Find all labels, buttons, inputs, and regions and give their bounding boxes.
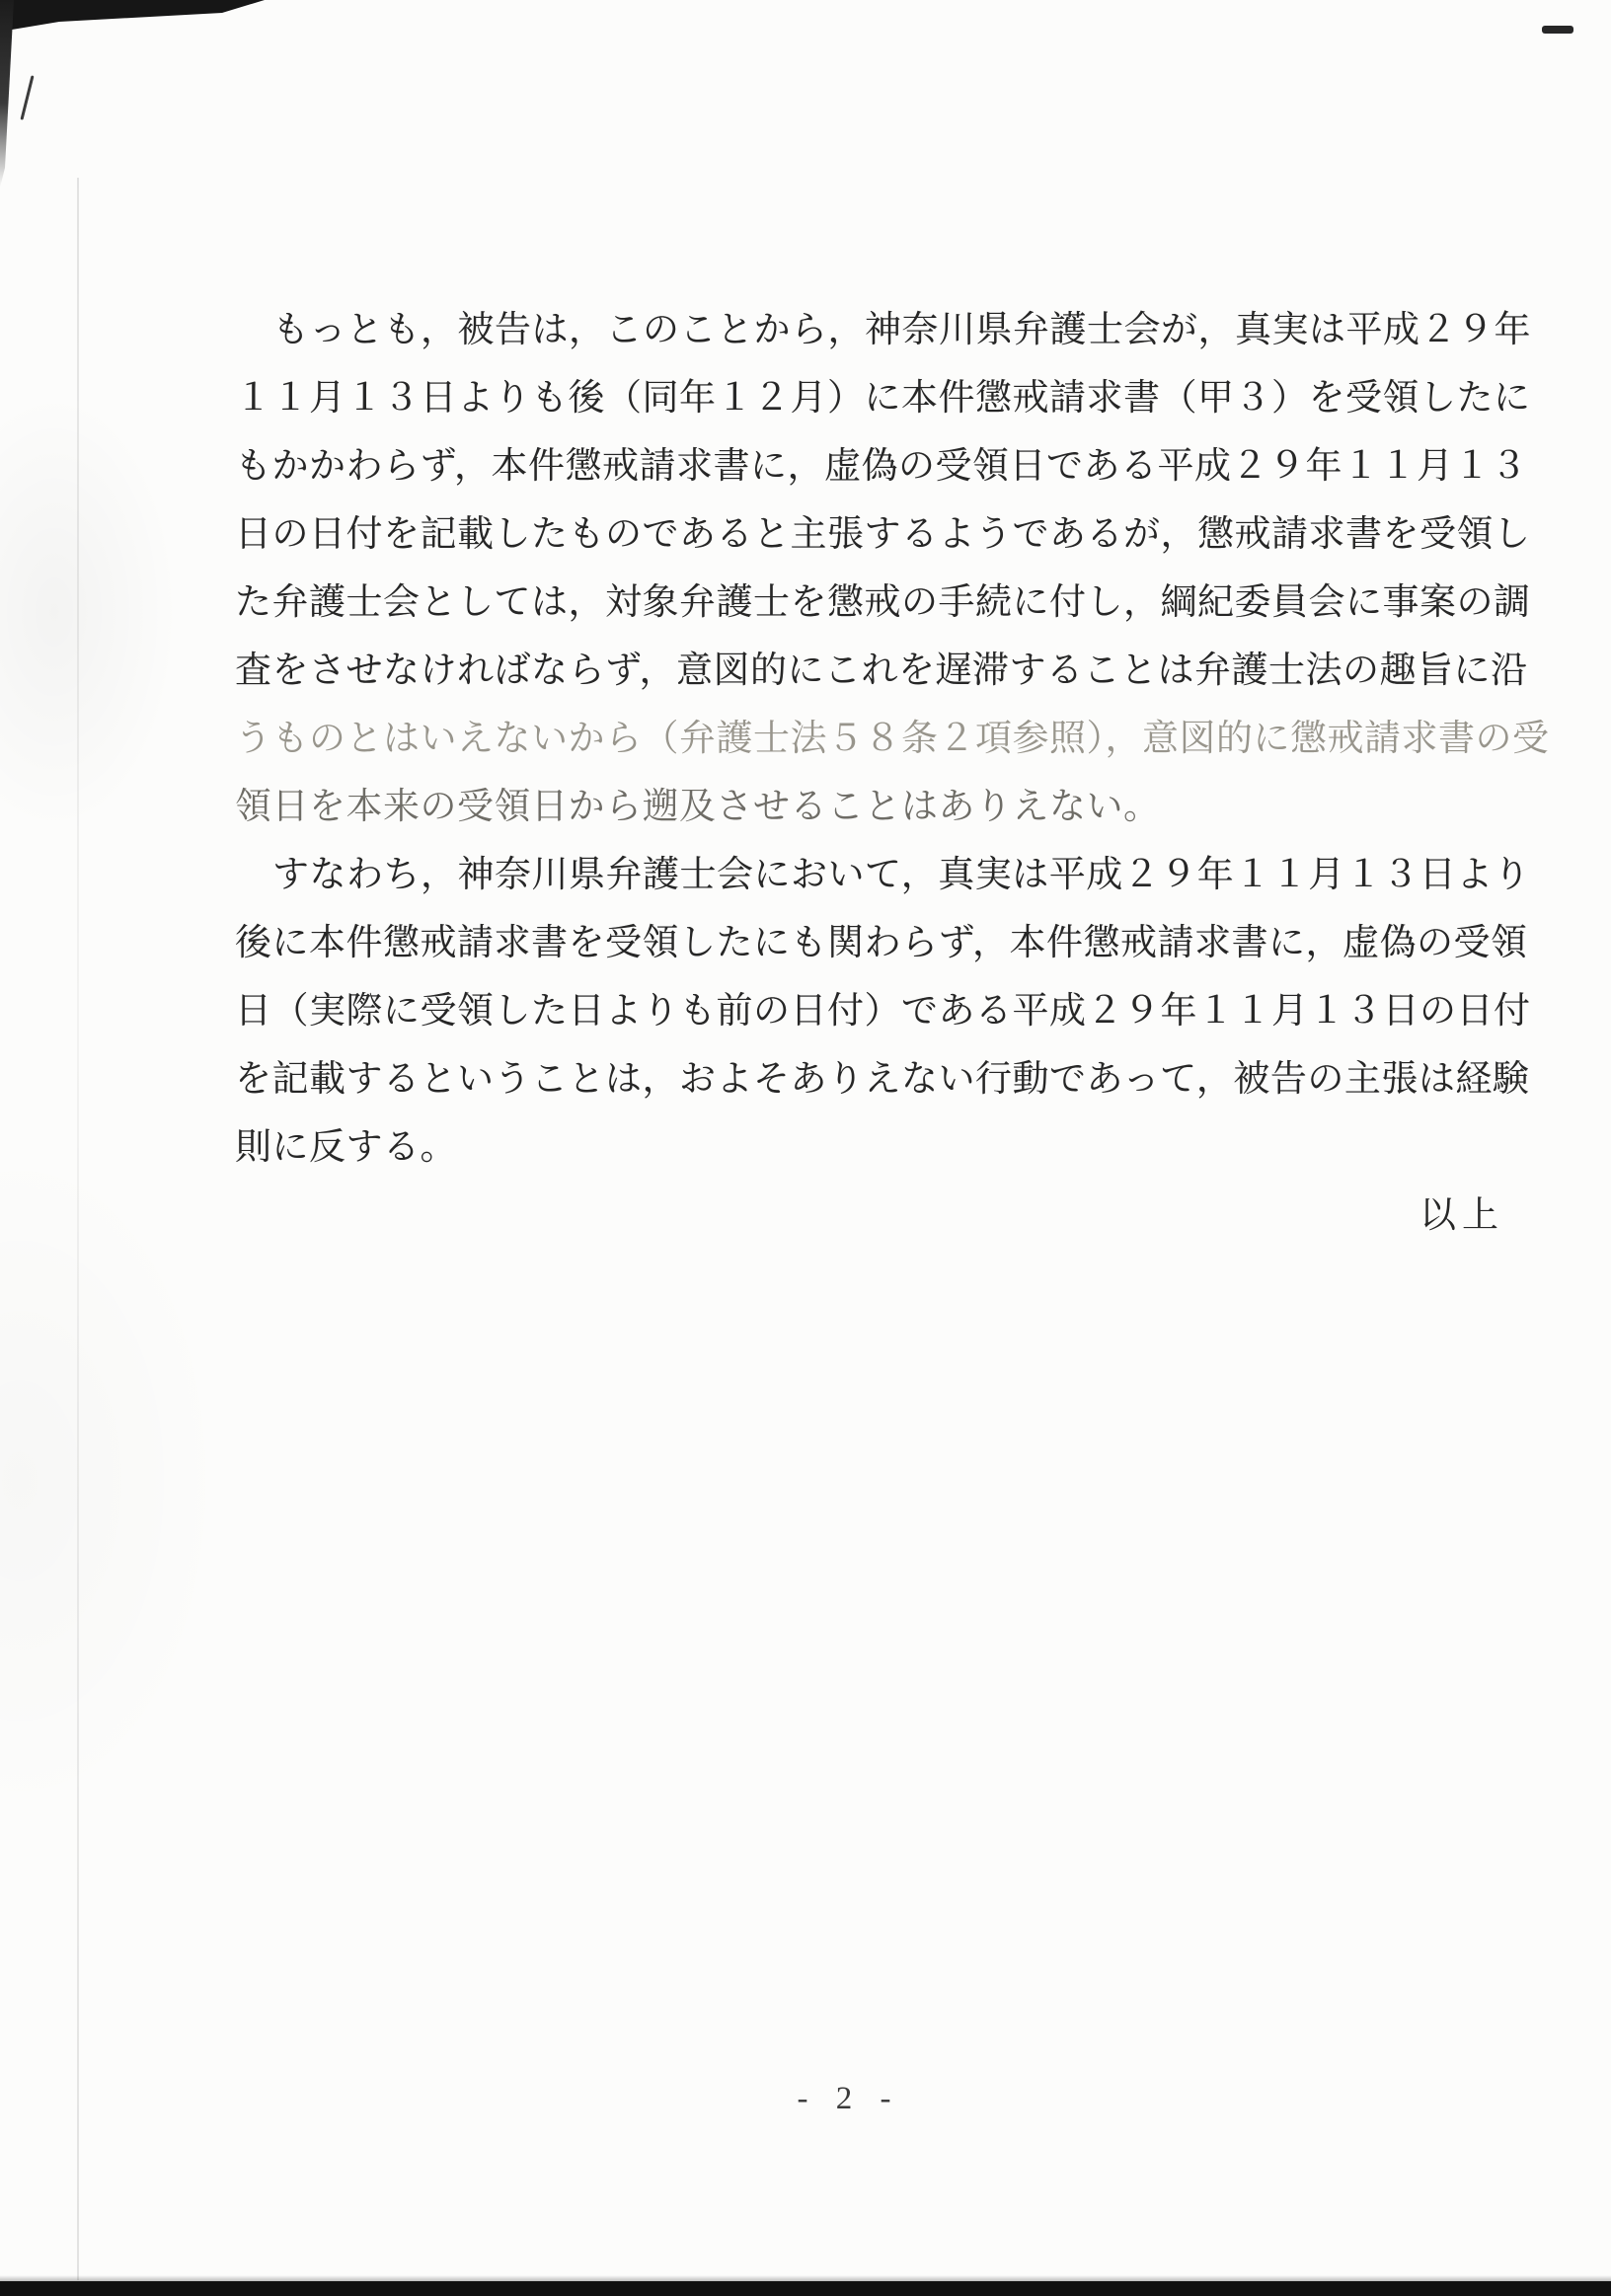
scan-artifact-top-right-dash <box>1542 26 1573 34</box>
text-line-faded: うものとはいえないから（弁護士法５８条２項参照），意図的に懲戒請求書の受 <box>235 705 1504 773</box>
text-line: 日（実際に受領した日よりも前の日付）である平成２９年１１月１３日の日付 <box>235 977 1504 1045</box>
scanned-document-page: もっとも，被告は，このことから，神奈川県弁護士会が，真実は平成２９年 １１月１３… <box>0 0 1611 2296</box>
closing-statement: 以上 <box>235 1182 1504 1250</box>
paper-fold-line <box>77 178 79 2280</box>
paragraph-2: すなわち，神奈川県弁護士会において，真実は平成２９年１１月１３日より 後に本件懲… <box>235 841 1504 1182</box>
text-line: もっとも，被告は，このことから，神奈川県弁護士会が，真実は平成２９年 <box>235 296 1504 364</box>
page-number: - 2 - <box>43 2081 1611 2117</box>
text-line-faded: 領日を本来の受領日から遡及させることはありえない。 <box>235 773 1504 841</box>
text-line: 則に反する。 <box>235 1113 1504 1182</box>
text-line: 後に本件懲戒請求書を受領したにも関わらず，本件懲戒請求書に，虚偽の受領 <box>235 909 1504 977</box>
paragraph-1: もっとも，被告は，このことから，神奈川県弁護士会が，真実は平成２９年 １１月１３… <box>235 296 1504 841</box>
text-line: を記載するということは，およそありえない行動であって，被告の主張は経験 <box>235 1045 1504 1113</box>
scan-artifact-top-left-corner <box>0 0 267 34</box>
scan-artifact-pen-mark <box>20 75 34 119</box>
text-line: もかかわらず，本件懲戒請求書に，虚偽の受領日である平成２９年１１月１３ <box>235 432 1504 500</box>
text-line: すなわち，神奈川県弁護士会において，真実は平成２９年１１月１３日より <box>235 841 1504 909</box>
text-line: た弁護士会としては，対象弁護士を懲戒の手続に付し，綱紀委員会に事案の調 <box>235 569 1504 637</box>
text-line: １１月１３日よりも後（同年１２月）に本件懲戒請求書（甲３）を受領したに <box>235 364 1504 432</box>
scan-artifact-bottom-strip <box>0 2281 1611 2296</box>
text-line: 査をさせなければならず，意図的にこれを遅滞することは弁護士法の趣旨に沿 <box>235 637 1504 705</box>
text-line: 日の日付を記載したものであると主張するようであるが，懲戒請求書を受領し <box>235 500 1504 569</box>
document-body: もっとも，被告は，このことから，神奈川県弁護士会が，真実は平成２９年 １１月１３… <box>235 296 1504 1250</box>
